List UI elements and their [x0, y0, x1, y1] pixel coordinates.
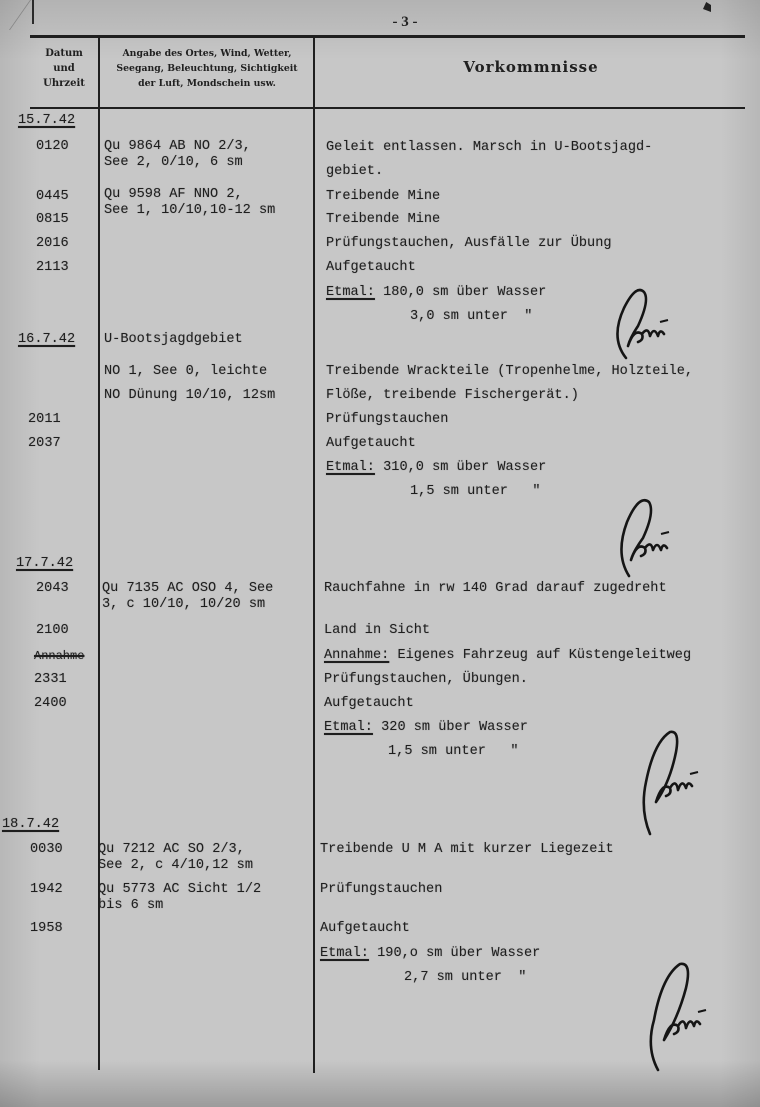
time-entry: 2113 [36, 260, 69, 276]
date-entry: 15.7.42 [18, 113, 75, 129]
location-entry: Qu 9598 AF NNO 2, [104, 187, 243, 203]
time-entry: 1942 [30, 882, 63, 898]
time-entry: 0030 [30, 842, 63, 858]
event-entry: Annahme: Eigenes Fahrzeug auf Küstengele… [324, 648, 691, 664]
time-entry: 0445 [36, 189, 69, 205]
column-divider-1 [98, 38, 100, 1070]
etmal-label: Etmal: [326, 285, 375, 300]
event-entry: Land in Sicht [324, 623, 430, 639]
time-entry: 2037 [28, 436, 61, 452]
location-entry: Qu 7212 AC SO 2/3, [98, 842, 245, 858]
location-entry: NO Dünung 10/10, 12sm [104, 388, 275, 404]
location-entry: Qu 5773 AC Sicht 1/2 [98, 882, 261, 898]
header-line: Datum [32, 46, 96, 61]
location-entry: 3, c 10/10, 10/20 sm [102, 597, 265, 613]
header-line: der Luft, Mondschein usw. [102, 76, 312, 91]
date-entry: 17.7.42 [16, 556, 73, 572]
event-entry: Flöße, treibende Fischergerät.) [326, 388, 579, 404]
event-entry: Prüfungstauchen [320, 882, 442, 898]
table-top-rule [30, 35, 745, 38]
event-entry: Prüfungstauchen, Ausfälle zur Übung [326, 236, 612, 252]
etmal-line: Etmal: 320 sm über Wasser [324, 720, 528, 736]
etmal-unter: 1,5 sm unter " [410, 484, 541, 500]
etmal-label: Etmal: [326, 460, 375, 475]
etmal-ueber: 180,0 sm über Wasser [383, 285, 546, 300]
annahme-text: Eigenes Fahrzeug auf Küstengeleitweg [397, 648, 691, 663]
time-entry: 1958 [30, 921, 63, 937]
time-entry: 2400 [34, 696, 67, 712]
event-entry: Treibende Mine [326, 212, 440, 228]
time-entry: 2011 [28, 412, 61, 428]
event-entry: Treibende U M A mit kurzer Liegezeit [320, 842, 614, 858]
signature-icon [598, 278, 688, 368]
event-entry: Geleit entlassen. Marsch in U-Bootsjagd- [326, 140, 652, 156]
time-entry: 2100 [36, 623, 69, 639]
header-line: und [32, 61, 96, 76]
location-entry: bis 6 sm [98, 898, 163, 914]
column-header-datum: Datum und Uhrzeit [32, 46, 96, 91]
etmal-line: Etmal: 310,0 sm über Wasser [326, 460, 546, 476]
event-entry: Rauchfahne in rw 140 Grad darauf zugedre… [324, 581, 667, 597]
event-entry: Aufgetaucht [326, 260, 416, 276]
signature-icon [605, 488, 695, 583]
location-entry: NO 1, See 0, leichte [104, 364, 267, 380]
location-entry: See 2, 0/10, 6 sm [104, 155, 243, 171]
area-entry: U-Bootsjagdgebiet [104, 332, 243, 348]
time-entry: 0815 [36, 212, 69, 228]
page-number: - 3 - [365, 14, 445, 31]
location-entry: See 1, 10/10,10-12 sm [104, 203, 275, 219]
margin-mark [32, 0, 34, 24]
folded-corner [0, 0, 31, 30]
document-page: - 3 - Datum und Uhrzeit Angabe des Ortes… [0, 0, 760, 1107]
header-line: Angabe des Ortes, Wind, Wetter, [102, 46, 312, 61]
signature-icon [640, 958, 730, 1078]
header-line: Uhrzeit [32, 76, 96, 91]
location-entry: Qu 7135 AC OSO 4, See [102, 581, 273, 597]
etmal-unter: 2,7 sm unter " [404, 970, 526, 986]
annahme-label: Annahme: [324, 648, 389, 663]
struck-time-entry: Annahme [34, 648, 84, 664]
event-entry: Aufgetaucht [320, 921, 410, 937]
time-entry: 2043 [36, 581, 69, 597]
etmal-unter: 1,5 sm unter " [388, 744, 519, 760]
time-entry: 2331 [34, 672, 67, 688]
corner-mark-icon [703, 2, 711, 12]
event-entry: Prüfungstauchen [326, 412, 448, 428]
header-bottom-rule [30, 107, 745, 109]
date-entry: 16.7.42 [18, 332, 75, 348]
event-entry: Prüfungstauchen, Übungen. [324, 672, 528, 688]
etmal-label: Etmal: [324, 720, 373, 735]
event-entry: gebiet. [326, 164, 383, 180]
time-entry: 2016 [36, 236, 69, 252]
event-entry: Aufgetaucht [324, 696, 414, 712]
etmal-line: Etmal: 180,0 sm über Wasser [326, 285, 546, 301]
header-line: Seegang, Beleuchtung, Sichtigkeit [102, 61, 312, 76]
column-header-vorkommnisse: Vorkommnisse [316, 60, 746, 75]
etmal-unter: 3,0 sm unter " [410, 309, 532, 325]
etmal-label: Etmal: [320, 946, 369, 961]
column-divider-2 [313, 38, 315, 1073]
column-header-ort: Angabe des Ortes, Wind, Wetter, Seegang,… [102, 46, 312, 91]
event-entry: Aufgetaucht [326, 436, 416, 452]
etmal-line: Etmal: 190,o sm über Wasser [320, 946, 540, 962]
etmal-ueber: 310,0 sm über Wasser [383, 460, 546, 475]
etmal-ueber: 320 sm über Wasser [381, 720, 528, 735]
signature-icon [632, 722, 722, 842]
location-entry: See 2, c 4/10,12 sm [98, 858, 253, 874]
date-entry: 18.7.42 [2, 817, 59, 833]
event-entry: Treibende Mine [326, 189, 440, 205]
location-entry: Qu 9864 AB NO 2/3, [104, 139, 251, 155]
time-entry: 0120 [36, 139, 69, 155]
etmal-ueber: 190,o sm über Wasser [377, 946, 540, 961]
